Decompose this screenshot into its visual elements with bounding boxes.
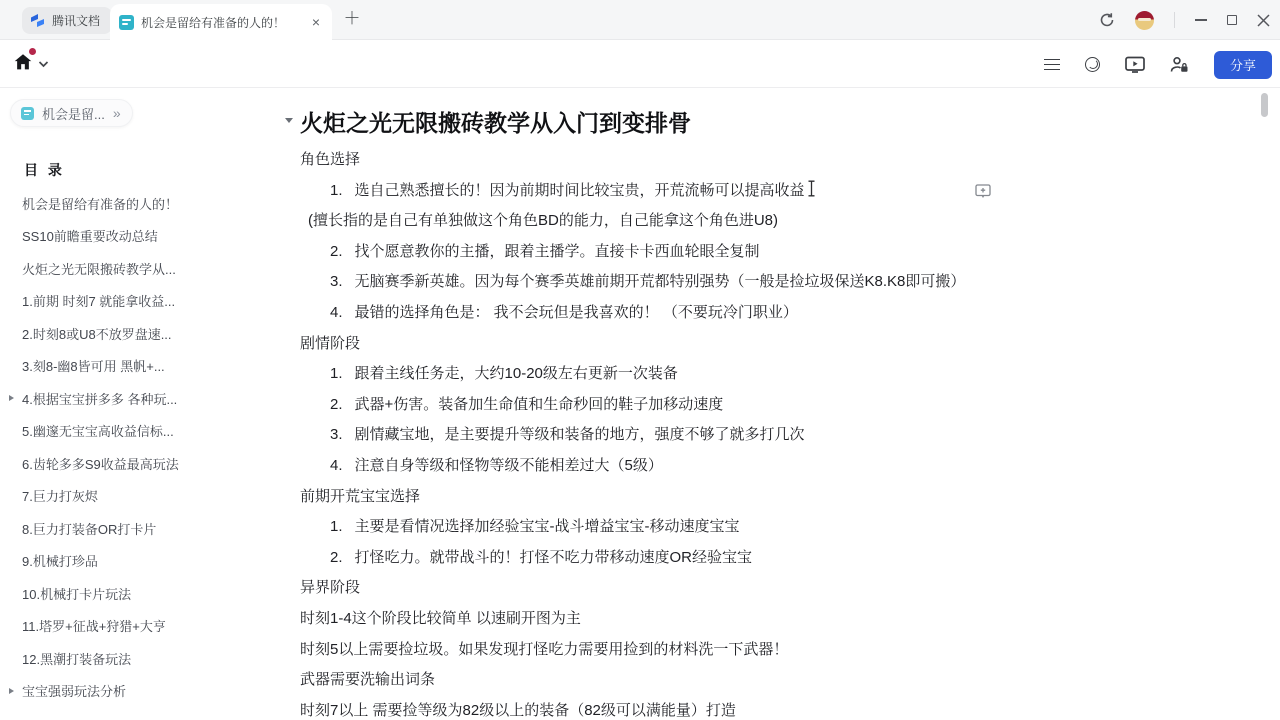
toc-item[interactable]: 5.幽邃无宝宝高收益信标... [0, 415, 300, 448]
paragraph-text: 时刻1-4这个阶段比较简单 以速刷开图为主 [300, 610, 581, 627]
window-controls [1099, 0, 1270, 40]
list-number: 3. [330, 426, 343, 443]
share-button[interactable]: 分享 [1214, 51, 1272, 79]
toc-item-label: 宝宝强弱玩法分析 [22, 681, 126, 700]
toc-item[interactable]: 12.黑潮打装备玩法 [0, 642, 300, 675]
paragraph-text: 时刻7以上 需要捡等级为82级以上的装备（82级可以满能量）打造 [300, 702, 736, 719]
paragraph-text: 武器+伤害。装备加生命值和生命秒回的鞋子加移动速度 [355, 396, 724, 413]
text-cursor-icon [807, 178, 816, 209]
list-number: 4. [330, 304, 343, 321]
paragraph-text: 最错的选择角色是： 我不会玩但是我喜欢的！ （不要玩冷门职业） [355, 304, 798, 321]
paragraph-text: 注意自身等级和怪物等级不能相差过大（5级） [355, 457, 663, 474]
tab-doc-label: 机会是留给有准备的人的！ [141, 14, 301, 31]
paragraph-text: 跟着主线任务走，大约10-20级左右更新一次装备 [355, 365, 678, 382]
doc-icon [21, 107, 34, 120]
present-icon[interactable] [1125, 56, 1145, 73]
doc-title[interactable]: 火炬之光无限搬砖教学从入门到变排骨 [300, 105, 691, 138]
paragraph-text: 角色选择 [300, 151, 360, 168]
scrollbar-thumb[interactable] [1261, 93, 1268, 117]
toc-item-label: 火炬之光无限搬砖教学从... [22, 259, 176, 278]
tab-home-label: 腾讯文档 [52, 12, 100, 29]
toc-list: 机会是留给有准备的人的！ SS10前瞻重要改动总结 火炬之光无限搬砖教学从...… [0, 187, 300, 707]
toc-item[interactable]: 宝宝强弱玩法分析 [0, 675, 300, 708]
doc-paragraph[interactable]: 3.剧情藏宝地，是主要提升等级和装备的地方，强度不够了就多打几次 [300, 420, 1040, 451]
member-permission-icon[interactable] [1170, 56, 1189, 73]
chevron-down-icon [38, 60, 49, 68]
list-number: 1. [330, 518, 343, 535]
theme-icon[interactable] [1085, 57, 1100, 72]
paragraph-text: 剧情藏宝地，是主要提升等级和装备的地方，强度不够了就多打几次 [355, 426, 805, 443]
tab-document[interactable]: 机会是留给有准备的人的！ × [110, 4, 332, 40]
tencent-docs-logo-icon [30, 13, 45, 28]
doc-paragraph[interactable]: 剧情阶段 [300, 329, 1040, 360]
sidebar: 机会是留... » 目 录 机会是留给有准备的人的！ SS10前瞻重要改动总结 … [0, 88, 300, 720]
doc-paragraph[interactable]: 异界阶段 [300, 573, 1040, 604]
paragraph-text: 时刻5以上需要捡垃圾。如果发现打怪吃力需要用捡到的材料洗一下武器！ [300, 641, 788, 658]
toc-item[interactable]: 2.时刻8或U8不放罗盘速... [0, 317, 300, 350]
toc-item-label: 8.巨力打装备OR打卡片 [22, 519, 156, 538]
paragraph-text: 打怪吃力。就带战斗的！打怪不吃力带移动速度OR经验宝宝 [355, 549, 753, 566]
expand-sidebar-icon[interactable]: » [113, 105, 120, 121]
paragraph-text: 异界阶段 [300, 579, 360, 596]
doc-paragraph[interactable]: 1.选自己熟悉擅长的！因为前期时间比较宝贵，开荒流畅可以提高收益 [300, 176, 1040, 207]
toc-item-label: 5.幽邃无宝宝高收益信标... [22, 421, 174, 440]
doc-paragraph[interactable]: (擅长指的是自己有单独做这个角色BD的能力，自己能拿这个角色进U8) [300, 206, 1040, 237]
app-window: 腾讯文档 机会是留给有准备的人的！ × ＋ [0, 0, 1280, 720]
tab-tencent-docs[interactable]: 腾讯文档 [22, 7, 112, 34]
doc-paragraph[interactable]: 4.最错的选择角色是： 我不会玩但是我喜欢的！ （不要玩冷门职业） [300, 298, 1040, 329]
doc-pill-label: 机会是留... [42, 104, 105, 123]
toc-item-label: 11.塔罗+征战+狩猎+大亨 [22, 616, 166, 635]
list-number: 2. [330, 549, 343, 566]
list-number: 1. [330, 182, 343, 199]
tab-close-icon[interactable]: × [308, 15, 324, 29]
toc-item-label: SS10前瞻重要改动总结 [22, 226, 158, 245]
doc-switcher-pill[interactable]: 机会是留... » [10, 99, 133, 127]
toc-item[interactable]: SS10前瞻重要改动总结 [0, 220, 300, 253]
toc-item[interactable]: 8.巨力打装备OR打卡片 [0, 512, 300, 545]
doc-paragraph[interactable]: 前期开荒宝宝选择 [300, 482, 1040, 513]
doc-paragraph[interactable]: 2.打怪吃力。就带战斗的！打怪不吃力带移动速度OR经验宝宝 [300, 543, 1040, 574]
toc-item[interactable]: 10.机械打卡片玩法 [0, 577, 300, 610]
browser-tab-bar: 腾讯文档 机会是留给有准备的人的！ × ＋ [0, 0, 1280, 40]
refresh-icon[interactable] [1099, 12, 1115, 28]
doc-paragraph[interactable]: 2.找个愿意教你的主播，跟着主播学。直接卡卡西血轮眼全复制 [300, 237, 1040, 268]
toc-item[interactable]: 机会是留给有准备的人的！ [0, 187, 300, 220]
collapse-section-icon[interactable] [285, 118, 293, 123]
toc-item-label: 6.齿轮多多S9收益最高玩法 [22, 454, 179, 473]
doc-paragraph[interactable]: 武器需要洗输出词条 [300, 665, 1040, 696]
doc-paragraph[interactable]: 3.无脑赛季新英雄。因为每个赛季英雄前期开荒都特别强势（一般是捡垃圾保送K8.K… [300, 267, 1040, 298]
menu-icon[interactable] [1044, 59, 1060, 70]
list-number: 1. [330, 365, 343, 382]
paragraph-text: 无脑赛季新英雄。因为每个赛季英雄前期开荒都特别强势（一般是捡垃圾保送K8.K8即… [355, 273, 966, 290]
divider [1174, 12, 1175, 28]
document-favicon-icon [119, 15, 134, 30]
home-button[interactable] [12, 51, 49, 73]
doc-paragraph[interactable]: 2.武器+伤害。装备加生命值和生命秒回的鞋子加移动速度 [300, 390, 1040, 421]
paragraph-text: 选自己熟悉擅长的！因为前期时间比较宝贵，开荒流畅可以提高收益 [355, 182, 805, 199]
doc-content: 角色选择 1.选自己熟悉擅长的！因为前期时间比较宝贵，开荒流畅可以提高收益 (擅… [300, 145, 1040, 720]
doc-paragraph[interactable]: 时刻1-4这个阶段比较简单 以速刷开图为主 [300, 604, 1040, 635]
toc-item-label: 10.机械打卡片玩法 [22, 584, 131, 603]
paragraph-text: 找个愿意教你的主播，跟着主播学。直接卡卡西血轮眼全复制 [355, 243, 760, 260]
app-toolbar: 分享 [0, 41, 1280, 88]
doc-paragraph[interactable]: 角色选择 [300, 145, 1040, 176]
toc-item-label: 3.刻8-幽8皆可用 黑帆+... [22, 356, 165, 375]
document-canvas[interactable]: 火炬之光无限搬砖教学从入门到变排骨 角色选择 1.选自己熟悉擅长的！因为前期时间… [300, 88, 1040, 720]
toc-item[interactable]: 11.塔罗+征战+狩猎+大亨 [0, 610, 300, 643]
notification-dot [29, 48, 36, 55]
paragraph-text: (擅长指的是自己有单独做这个角色BD的能力，自己能拿这个角色进U8) [308, 212, 778, 229]
doc-paragraph[interactable]: 1.主要是看情况选择加经验宝宝-战斗增益宝宝-移动速度宝宝 [300, 512, 1040, 543]
paragraph-text: 主要是看情况选择加经验宝宝-战斗增益宝宝-移动速度宝宝 [355, 518, 740, 535]
toc-item-label: 4.根据宝宝拼多多 各种玩... [22, 389, 177, 408]
paragraph-text: 剧情阶段 [300, 335, 360, 352]
toc-item-label: 2.时刻8或U8不放罗盘速... [22, 324, 172, 343]
doc-paragraph[interactable]: 1.跟着主线任务走，大约10-20级左右更新一次装备 [300, 359, 1040, 390]
toc-item-label: 9.机械打珍品 [22, 551, 98, 570]
expand-arrow-icon[interactable] [9, 688, 14, 694]
expand-arrow-icon[interactable] [9, 395, 14, 401]
toc-item-label: 1.前期 时刻7 就能拿收益... [22, 291, 175, 310]
doc-paragraph[interactable]: 4.注意自身等级和怪物等级不能相差过大（5级） [300, 451, 1040, 482]
toc-item[interactable]: 4.根据宝宝拼多多 各种玩... [0, 382, 300, 415]
toc-item[interactable]: 6.齿轮多多S9收益最高玩法 [0, 447, 300, 480]
list-number: 2. [330, 396, 343, 413]
user-avatar[interactable] [1135, 11, 1154, 30]
paragraph-text: 武器需要洗输出词条 [300, 671, 435, 688]
doc-paragraph[interactable]: 时刻7以上 需要捡等级为82级以上的装备（82级可以满能量）打造 [300, 696, 1040, 720]
toc-item[interactable]: 火炬之光无限搬砖教学从... [0, 252, 300, 285]
doc-paragraph[interactable]: 时刻5以上需要捡垃圾。如果发现打怪吃力需要用捡到的材料洗一下武器！ [300, 635, 1040, 666]
toc-item[interactable]: 7.巨力打灰烬 [0, 480, 300, 513]
toc-item-label: 机会是留给有准备的人的！ [22, 194, 178, 213]
list-number: 4. [330, 457, 343, 474]
paragraph-text: 前期开荒宝宝选择 [300, 488, 420, 505]
list-number: 2. [330, 243, 343, 260]
new-tab-button[interactable]: ＋ [340, 8, 364, 32]
toc-item-label: 12.黑潮打装备玩法 [22, 649, 131, 668]
list-number: 3. [330, 273, 343, 290]
toc-item-label: 7.巨力打灰烬 [22, 486, 98, 505]
add-comment-icon[interactable] [975, 184, 991, 204]
toc-item[interactable]: 9.机械打珍品 [0, 545, 300, 578]
toc-item[interactable]: 1.前期 时刻7 就能拿收益... [0, 285, 300, 318]
toc-item[interactable]: 3.刻8-幽8皆可用 黑帆+... [0, 350, 300, 383]
window-minimize-icon[interactable] [1195, 19, 1207, 21]
toc-title: 目 录 [24, 160, 65, 180]
window-maximize-icon[interactable] [1227, 15, 1237, 25]
window-close-icon[interactable] [1257, 14, 1270, 27]
